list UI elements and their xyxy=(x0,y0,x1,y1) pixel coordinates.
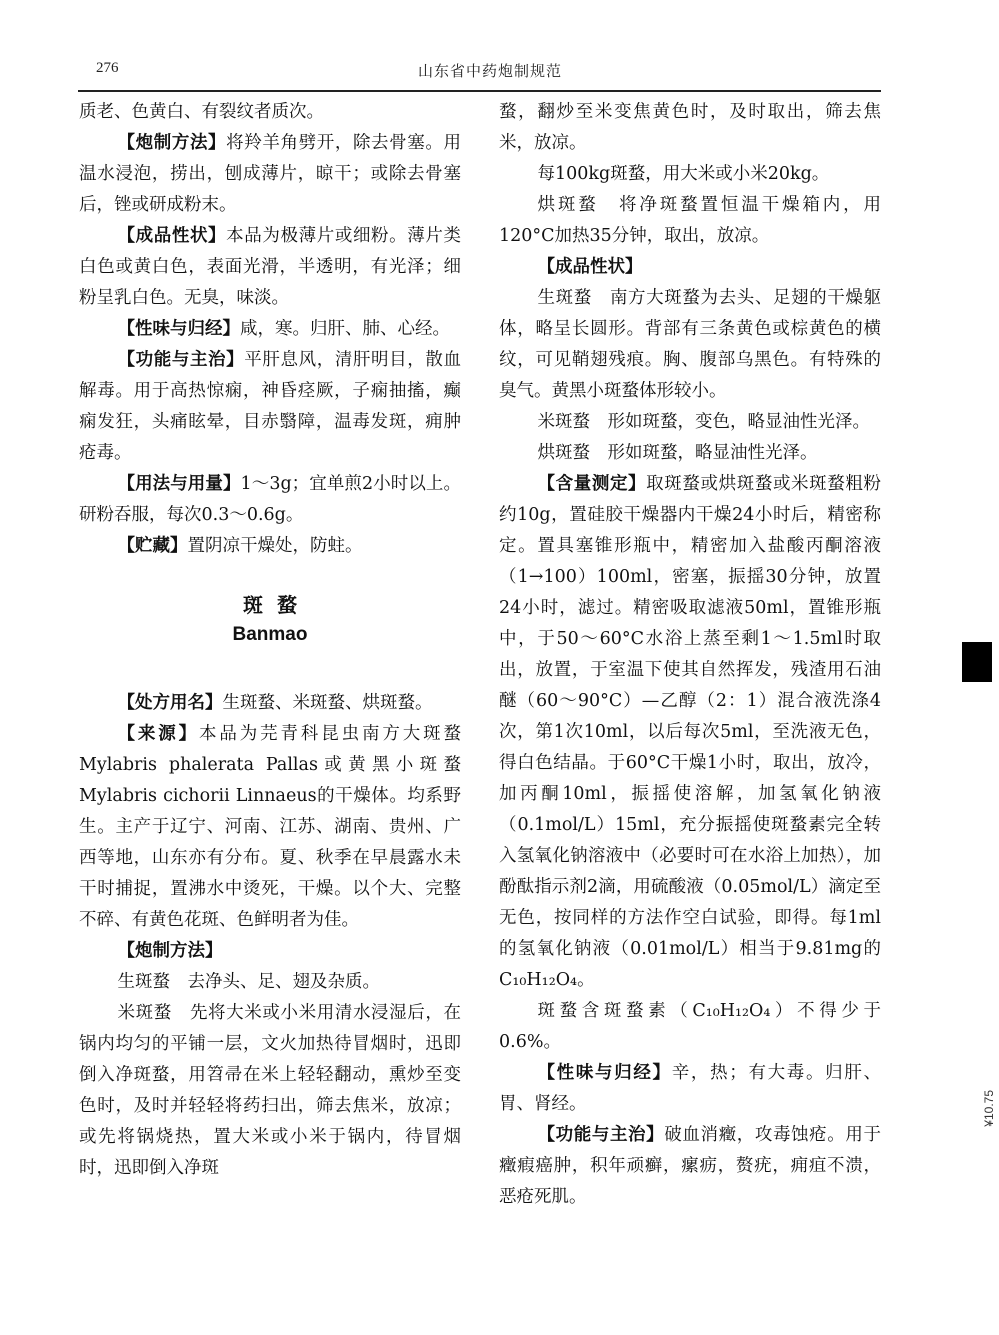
section-label: 【功能与主治】 xyxy=(538,1125,665,1145)
left-column: 质老、色黄白、有裂纹者质次。 【炮制方法】将羚羊角劈开，除去骨塞。用温水浸泡，捞… xyxy=(79,97,461,1184)
header-rule xyxy=(78,90,881,92)
margin-mark: ¥10.75 xyxy=(982,1090,996,1127)
thumb-index-tab xyxy=(962,642,992,682)
paragraph-prescription-names: 【处方用名】生斑蝥、米斑蝥、烘斑蝥。 xyxy=(79,688,461,719)
paragraph-nature-meridian: 【性味与归经】辛，热；有大毒。归肝、胃、肾经。 xyxy=(499,1058,881,1120)
paragraph-rice-banmao: 米斑蝥 先将大米或小米用清水浸湿后，在锅内均匀的平铺一层，文火加热待冒烟时，迅即… xyxy=(79,998,461,1184)
spacer xyxy=(79,650,461,688)
paragraph-text: 取斑蝥或烘斑蝥或米斑蝥粗粉约10g，置硅胶干燥器内干燥24小时后，精密称定。置具… xyxy=(499,474,881,959)
paragraph-rice-traits: 米斑蝥 形如斑蝥，变色，略显油性光泽。 xyxy=(499,407,881,438)
page-number: 276 xyxy=(96,60,119,77)
paragraph-raw-banmao: 生斑蝥 去净头、足、翅及杂质。 xyxy=(79,967,461,998)
paragraph-baked-traits: 烘斑蝥 形如斑蝥，略显油性光泽。 xyxy=(499,438,881,469)
section-label: 【含量测定】 xyxy=(538,474,647,494)
paragraph-text: 置阴凉干燥处，防蛀。 xyxy=(188,536,363,556)
section-label: 【成品性状】 xyxy=(118,226,227,246)
section-label: 【贮藏】 xyxy=(118,536,188,556)
section-label: 【来源】 xyxy=(118,724,200,744)
paragraph-storage: 【贮藏】置阴凉干燥处，防蛀。 xyxy=(79,531,461,562)
paragraph-source: 【来源】本品为芫青科昆虫南方大斑蝥Mylabris phalerata Pall… xyxy=(79,719,461,936)
paragraph-text: 斑蝥含斑蝥素（ xyxy=(538,1001,693,1021)
section-label: 【炮制方法】 xyxy=(118,941,223,961)
paragraph-nature-meridian: 【性味与归经】咸，寒。归肝、肺、心经。 xyxy=(79,314,461,345)
paragraph-function-indication: 【功能与主治】平肝息风，清肝明目，散血解毒。用于高热惊痫，神昏痉厥，子痫抽搐，癫… xyxy=(79,345,461,469)
paragraph-text: 生斑蝥、米斑蝥、烘斑蝥。 xyxy=(223,693,433,713)
paragraph: 质老、色黄白、有裂纹者质次。 xyxy=(79,97,461,128)
chemical-formula: C₁₀H₁₂O₄。 xyxy=(499,970,595,990)
paragraph-content-limit: 斑蝥含斑蝥素（C₁₀H₁₂O₄）不得少于0.6%。 xyxy=(499,996,881,1058)
section-label: 【功能与主治】 xyxy=(118,350,245,370)
paragraph-baked-banmao: 烘斑蝥 将净斑蝥置恒温干燥箱内，用120°C加热35分钟，取出，放凉。 xyxy=(499,190,881,252)
section-label: 【炮制方法】 xyxy=(118,133,227,153)
book-title: 山东省中药炮制规范 xyxy=(418,60,562,81)
paragraph-function-indication: 【功能与主治】破血消癥，攻毒蚀疮。用于癥瘕癌肿，积年顽癣，瘰疬，赘疣，痈疽不溃，… xyxy=(499,1120,881,1213)
paragraph-processing-heading: 【炮制方法】 xyxy=(79,936,461,967)
paragraph: 蝥，翻炒至米变焦黄色时，及时取出，筛去焦米，放凉。 xyxy=(499,97,881,159)
entry-pinyin: Banmao xyxy=(79,620,461,650)
section-label: 【性味与归经】 xyxy=(538,1063,672,1083)
section-label: 【用法与用量】 xyxy=(118,474,241,494)
section-label: 【处方用名】 xyxy=(118,693,223,713)
paragraph-rice-ratio: 每100kg斑蝥，用大米或小米20kg。 xyxy=(499,159,881,190)
paragraph-product-traits: 【成品性状】本品为极薄片或细粉。薄片类白色或黄白色，表面光滑，半透明，有光泽；细… xyxy=(79,221,461,314)
chemical-formula: C₁₀H₁₂O₄ xyxy=(692,1001,770,1021)
entry-title: 斑蝥 xyxy=(79,590,461,620)
paragraph-raw-traits: 生斑蝥 南方大斑蝥为去头、足翅的干燥躯体，略呈长圆形。背部有三条黄色或棕黄色的横… xyxy=(499,283,881,407)
paragraph-product-traits-heading: 【成品性状】 xyxy=(499,252,881,283)
paragraph-text: 本品为芫青科昆虫南方大斑蝥Mylabris phalerata Pallas或黄… xyxy=(79,724,461,930)
right-column: 蝥，翻炒至米变焦黄色时，及时取出，筛去焦米，放凉。 每100kg斑蝥，用大米或小… xyxy=(499,97,881,1213)
paragraph-assay: 【含量测定】取斑蝥或烘斑蝥或米斑蝥粗粉约10g，置硅胶干燥器内干燥24小时后，精… xyxy=(499,469,881,996)
paragraph-text: 咸，寒。归肝、肺、心经。 xyxy=(240,319,450,339)
section-label: 【性味与归经】 xyxy=(118,319,241,339)
paragraph-processing-method: 【炮制方法】将羚羊角劈开，除去骨塞。用温水浸泡，捞出，刨成薄片，晾干；或除去骨塞… xyxy=(79,128,461,221)
section-label: 【成品性状】 xyxy=(538,257,643,277)
running-header: 276 山东省中药炮制规范 xyxy=(78,58,880,90)
paragraph-usage-dosage: 【用法与用量】1～3g；宜单煎2小时以上。研粉吞服，每次0.3～0.6g。 xyxy=(79,469,461,531)
